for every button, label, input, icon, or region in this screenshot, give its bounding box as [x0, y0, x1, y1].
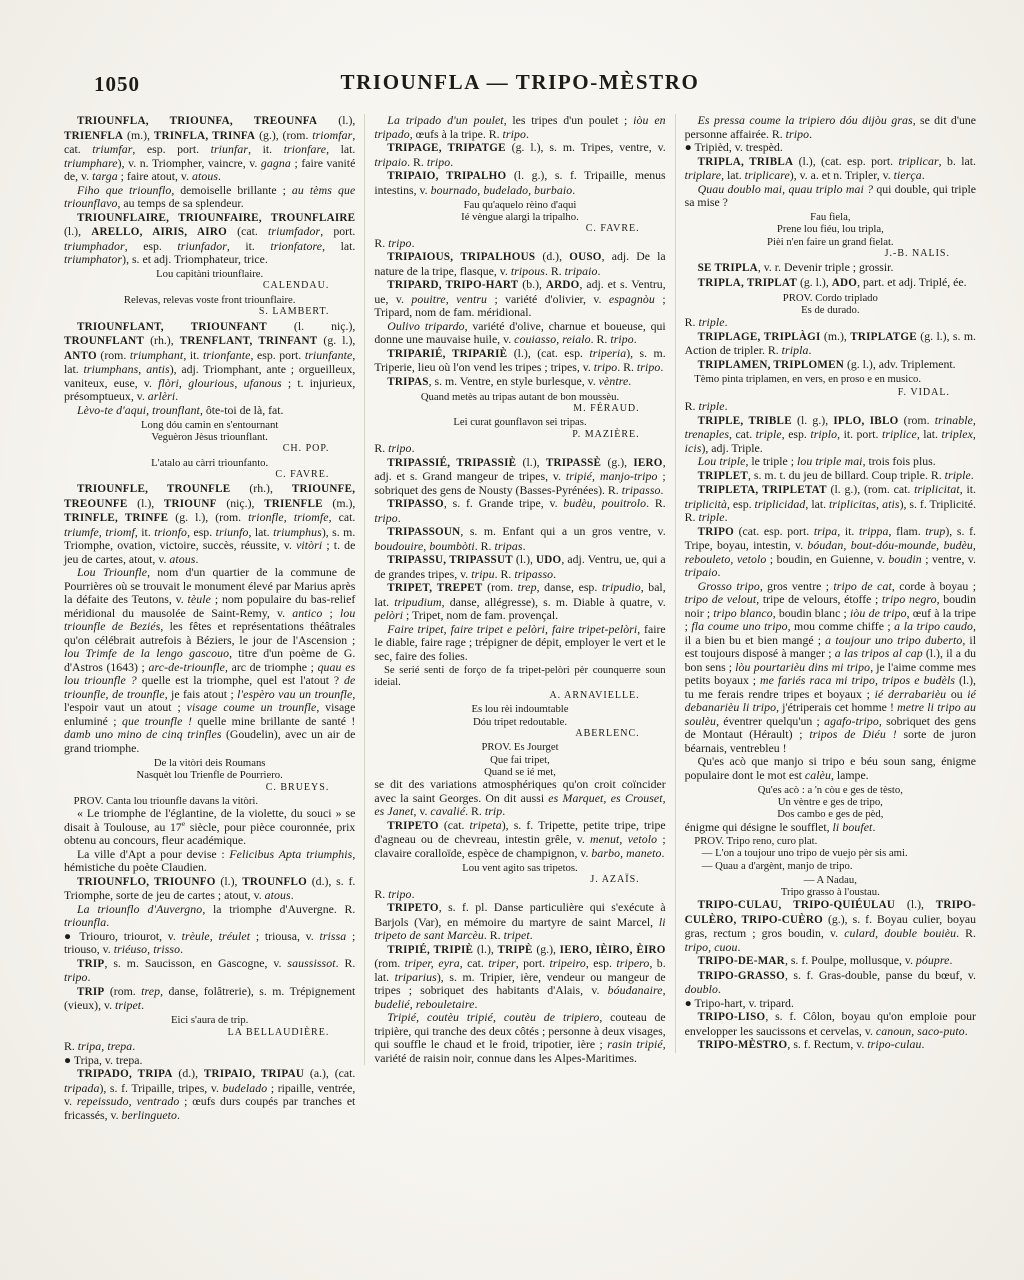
- dictionary-entry: SE TRIPLA, v. r. Devenir triple ; grossi…: [685, 261, 976, 276]
- dictionary-paragraph: Faire tripet, faire tripet e pelòri, fai…: [374, 623, 665, 664]
- dictionary-entry: TRIPASSOUN, s. m. Enfant qui a un gros v…: [374, 525, 665, 553]
- citation-attribution: C. BRUEYS.: [64, 782, 355, 794]
- dictionary-paragraph: PROV. Tripo reno, curo plat.: [685, 835, 976, 847]
- citation-attribution: ABERLENC.: [374, 728, 665, 740]
- dictionary-paragraph: Lèvo-te d'aqui, trounflant, ôte-toi de l…: [64, 404, 355, 418]
- dictionary-paragraph: Tripié, coutèu tripié, coutèu de tripier…: [374, 1011, 665, 1065]
- citation-attribution: M. FÉRAUD.: [374, 403, 665, 415]
- dictionary-paragraph: R. triple.: [685, 400, 976, 414]
- verse-line: Nasquèt lou Trienfle de Pourriero.: [64, 769, 355, 781]
- verse-line: Es lou rèi indoumtable: [374, 703, 665, 715]
- dictionary-entry: TRIPETO (cat. tripeta), s. f. Tripette, …: [374, 819, 665, 861]
- dictionary-entry: TRIPASSIÉ, TRIPASSIÈ (l.), TRIPASSÈ (g.)…: [374, 456, 665, 498]
- verse-line: PROV. Es Jourget: [374, 741, 665, 753]
- dictionary-paragraph: — L'on a toujour uno tripo de vuejo pèr …: [685, 847, 976, 859]
- dictionary-entry: TRIPAGE, TRIPATGE (g. l.), s. m. Tripes,…: [374, 141, 665, 169]
- dictionary-entry: TRIPARIÉ, TRIPARIÈ (l.), (cat. esp. trip…: [374, 347, 665, 375]
- verse-quote: Fau fiela,Prene lou fiéu, lou tripla,Piè…: [685, 211, 976, 248]
- verse-line: De la vitòri deis Roumans: [64, 757, 355, 769]
- verse-quote: L'atalo au càrri triounfanto.: [64, 457, 355, 469]
- dictionary-paragraph: se dit des variations atmosphériques qu'…: [374, 778, 665, 819]
- dictionary-paragraph: Quau doublo mai, quau triplo mai ? qui d…: [685, 183, 976, 210]
- verse-line: Fau qu'aquelo rèino d'aqui: [374, 199, 665, 211]
- verse-quote: Relevas, relevas voste front triounflair…: [64, 294, 355, 306]
- citation-attribution: C. FAVRE.: [374, 223, 665, 235]
- dictionary-page: 1050 TRIOUNFLA — TRIPO-MÈSTRO TRIOUNFLA,…: [0, 0, 1024, 1280]
- verse-line: Eici s'aura de trip.: [64, 1014, 355, 1026]
- dictionary-entry: TRIPLETA, TRIPLETAT (l. g.), (rom. cat. …: [685, 483, 976, 525]
- verse-line: Relevas, relevas voste front triounflair…: [64, 294, 355, 306]
- verse-line: Qu'es acò : a 'n còu e ges de tèsto,: [685, 784, 976, 796]
- dictionary-paragraph: ● Tripo-hart, v. tripard.: [685, 997, 976, 1011]
- citation-attribution: LA BELLAUDIÈRE.: [64, 1027, 355, 1039]
- verse-quote: Es lou rèi indoumtableDóu tripet redouta…: [374, 703, 665, 728]
- column-3: Es pressa coume la tripiero dóu dijòu gr…: [675, 114, 976, 1053]
- dictionary-entry: TRIPAIO, TRIPALHO (l. g.), s. f. Tripail…: [374, 169, 665, 197]
- dictionary-paragraph: La ville d'Apt a pour devise : Felicibus…: [64, 848, 355, 875]
- dictionary-paragraph: ● Tripa, v. trepa.: [64, 1054, 355, 1068]
- citation-attribution: J. AZAÏS.: [374, 874, 665, 886]
- verse-line: Long dóu camin en s'entournant: [64, 419, 355, 431]
- dictionary-entry: TRIPLAGE, TRIPLÀGI (m.), TRIPLATGE (g. l…: [685, 330, 976, 358]
- verse-line: Ié vèngue alargi la tripalho.: [374, 211, 665, 223]
- dictionary-entry: TRIPLA, TRIBLA (l.), (cat. esp. port. tr…: [685, 155, 976, 183]
- citation-attribution: S. LAMBERT.: [64, 306, 355, 318]
- dictionary-paragraph: Lou triple, le triple ; lou triple mai, …: [685, 455, 976, 469]
- dictionary-entry: TRIPADO, TRIPA (d.), TRIPAIO, TRIPAU (a.…: [64, 1067, 355, 1122]
- verse-quote: Qu'es acò : a 'n còu e ges de tèsto,Un v…: [685, 784, 976, 821]
- verse-quote: Lei curat gounflavon sei tripas.: [374, 416, 665, 428]
- dictionary-entry: TRIPETO, s. f. pl. Danse particulière qu…: [374, 901, 665, 943]
- dictionary-entry: TRIPLAMEN, TRIPLOMEN (g. l.), adv. Tripl…: [685, 358, 976, 373]
- verse-quote: Fau qu'aquelo rèino d'aquiIé vèngue alar…: [374, 199, 665, 224]
- citation-attribution: J.-B. NALIS.: [685, 248, 976, 260]
- verse-line: Pièi n'en faire un grand fielat.: [685, 236, 976, 248]
- dictionary-entry: TRIPAIOUS, TRIPALHOUS (d.), OUSO, adj. D…: [374, 250, 665, 278]
- citation-attribution: F. VIDAL.: [685, 387, 976, 399]
- verse-quote: Quand metès au tripas autant de bon mous…: [374, 391, 665, 403]
- dictionary-paragraph: Fiho que triounflo, demoiselle brillante…: [64, 184, 355, 211]
- dictionary-entry: TRIOUNFLE, TROUNFLE (rh.), TRIOUNFE, TRE…: [64, 482, 355, 566]
- dictionary-entry: TRIPO-GRASSO, s. f. Gras-double, panse d…: [685, 969, 976, 997]
- dictionary-paragraph: R. tripo.: [374, 888, 665, 902]
- dictionary-paragraph: La triounflo d'Auvergno, la triomphe d'A…: [64, 903, 355, 930]
- dictionary-paragraph: ● Triouro, triourot, v. trèule, tréulet …: [64, 930, 355, 957]
- dictionary-entry: TRIP (rom. trep, danse, folâtrerie), s. …: [64, 985, 355, 1013]
- dictionary-paragraph: Oulivo tripardo, variété d'olive, charnu…: [374, 320, 665, 347]
- dictionary-entry: TRIOUNFLAIRE, TRIOUNFAIRE, TROUNFLAIRE (…: [64, 211, 355, 267]
- verse-line: Que fai tripet,: [374, 754, 665, 766]
- text-columns: TRIOUNFLA, TRIOUNFA, TREOUNFA (l.), TRIE…: [64, 114, 976, 1122]
- column-1: TRIOUNFLA, TRIOUNFA, TREOUNFA (l.), TRIE…: [64, 114, 364, 1122]
- verse-quote: Eici s'aura de trip.: [64, 1014, 355, 1026]
- dictionary-entry: TRIP, s. m. Saucisson, en Gascogne, v. s…: [64, 957, 355, 985]
- dictionary-paragraph: — Quau a d'argènt, manjo de tripo.: [685, 860, 976, 872]
- dictionary-entry: TRIOUNFLANT, TRIOUNFANT (l. niç.), TROUN…: [64, 320, 355, 404]
- page-title: TRIOUNFLA — TRIPO-MÈSTRO: [64, 70, 976, 95]
- dictionary-paragraph: R. tripa, trepa.: [64, 1040, 355, 1054]
- verse-line: PROV. Cordo triplado: [685, 292, 976, 304]
- verse-line: Lou vent agito sas tripetos.: [374, 862, 665, 874]
- page-header: 1050 TRIOUNFLA — TRIPO-MÈSTRO: [64, 70, 976, 104]
- dictionary-paragraph: R. tripo.: [374, 442, 665, 456]
- dictionary-entry: TRIOUNFLO, TRIOUNFO (l.), TROUNFLO (d.),…: [64, 875, 355, 903]
- verse-line: Lou capitàni triounflaire.: [64, 268, 355, 280]
- dictionary-entry: TRIPET, TREPET (rom. trep, danse, esp. t…: [374, 581, 665, 623]
- dictionary-paragraph: R. tripo.: [374, 237, 665, 251]
- dictionary-entry: TRIPARD, TRIPO-HART (b.), ARDO, adj. et …: [374, 278, 665, 320]
- dictionary-entry: TRIPAS, s. m. Ventre, en style burlesque…: [374, 375, 665, 390]
- verse-line: Fau fiela,: [685, 211, 976, 223]
- verse-line: Un vèntre e ges de tripo,: [685, 796, 976, 808]
- verse-line: Quand metès au tripas autant de bon mous…: [374, 391, 665, 403]
- dictionary-paragraph: Grosso tripo, gros ventre ; tripo de cat…: [685, 580, 976, 756]
- dictionary-paragraph: Tèmo pinta triplamen, en vers, en proso …: [685, 373, 976, 385]
- citation-attribution: C. FAVRE.: [64, 469, 355, 481]
- verse-line: Prene lou fiéu, lou tripla,: [685, 223, 976, 235]
- dictionary-paragraph: énigme qui désigne le soufflet, li boufe…: [685, 821, 976, 835]
- citation-attribution: CH. POP.: [64, 443, 355, 455]
- dictionary-paragraph: Lou Triounfle, nom d'un quartier de la c…: [64, 566, 355, 755]
- verse-line: Veguèron Jèsus triounflant.: [64, 431, 355, 443]
- verse-line: L'atalo au càrri triounfanto.: [64, 457, 355, 469]
- dictionary-entry: TRIPLE, TRIBLE (l. g.), IPLO, IBLO (rom.…: [685, 414, 976, 456]
- dictionary-entry: TRIPASSU, TRIPASSUT (l.), UDO, adj. Vent…: [374, 553, 665, 581]
- dictionary-paragraph: Se serié senti de forço de fa tripet-pel…: [374, 664, 665, 689]
- dictionary-paragraph: R. triple.: [685, 316, 976, 330]
- verse-quote: Lou vent agito sas tripetos.: [374, 862, 665, 874]
- verse-line: Lei curat gounflavon sei tripas.: [374, 416, 665, 428]
- dictionary-entry: TRIPASSO, s. f. Grande tripe, v. budèu, …: [374, 497, 665, 525]
- verse-quote: PROV. Es JourgetQue fai tripet,Quand se …: [374, 741, 665, 778]
- verse-line: Dóu tripet redoutable.: [374, 716, 665, 728]
- dictionary-paragraph: « Le triomphe de l'églantine, de la viol…: [64, 807, 355, 848]
- dictionary-entry: TRIOUNFLA, TRIOUNFA, TREOUNFA (l.), TRIE…: [64, 114, 355, 184]
- citation-attribution: CALENDAU.: [64, 280, 355, 292]
- verse-quote: Long dóu camin en s'entournantVeguèron J…: [64, 419, 355, 444]
- citation-attribution: A. ARNAVIELLE.: [374, 690, 665, 702]
- citation-attribution: P. MAZIÈRE.: [374, 429, 665, 441]
- dictionary-entry: TRIPIÉ, TRIPIÈ (l.), TRIPÈ (g.), IERO, I…: [374, 943, 665, 1012]
- verse-quote: Lou capitàni triounflaire.: [64, 268, 355, 280]
- column-2: La tripado d'un poulet, les tripes d'un …: [364, 114, 674, 1065]
- dictionary-entry: TRIPO-LISO, s. f. Côlon, boyau qu'on emp…: [685, 1010, 976, 1038]
- dictionary-paragraph: Qu'es acò que manjo si tripo e béu soun …: [685, 755, 976, 782]
- verse-line: — A Nadau,: [685, 874, 976, 886]
- dictionary-entry: TRIPO-CULAU, TRIPO-QUIÉULAU (l.), TRIPO-…: [685, 898, 976, 954]
- dictionary-entry: TRIPLET, s. m. t. du jeu de billard. Cou…: [685, 469, 976, 484]
- verse-quote: De la vitòri deis RoumansNasquèt lou Tri…: [64, 757, 355, 782]
- dictionary-paragraph: ● Tripièd, v. trespèd.: [685, 141, 976, 155]
- verse-line: Es de durado.: [685, 304, 976, 316]
- dictionary-paragraph: La tripado d'un poulet, les tripes d'un …: [374, 114, 665, 141]
- verse-quote: PROV. Cordo tripladoEs de durado.: [685, 292, 976, 317]
- dictionary-paragraph: Es pressa coume la tripiero dóu dijòu gr…: [685, 114, 976, 141]
- dictionary-entry: TRIPO-MÈSTRO, s. f. Rectum, v. tripo-cul…: [685, 1038, 976, 1053]
- dictionary-entry: TRIPO-DE-MAR, s. f. Poulpe, mollusque, v…: [685, 954, 976, 969]
- dictionary-entry: TRIPLA, TRIPLAT (g. l.), ADO, part. et a…: [685, 276, 976, 291]
- dictionary-entry: TRIPO (cat. esp. port. tripa, it. trippa…: [685, 525, 976, 580]
- verse-quote: — A Nadau,Tripo grasso à l'oustau.: [685, 874, 976, 899]
- verse-line: Dos cambo e ges de pèd,: [685, 808, 976, 820]
